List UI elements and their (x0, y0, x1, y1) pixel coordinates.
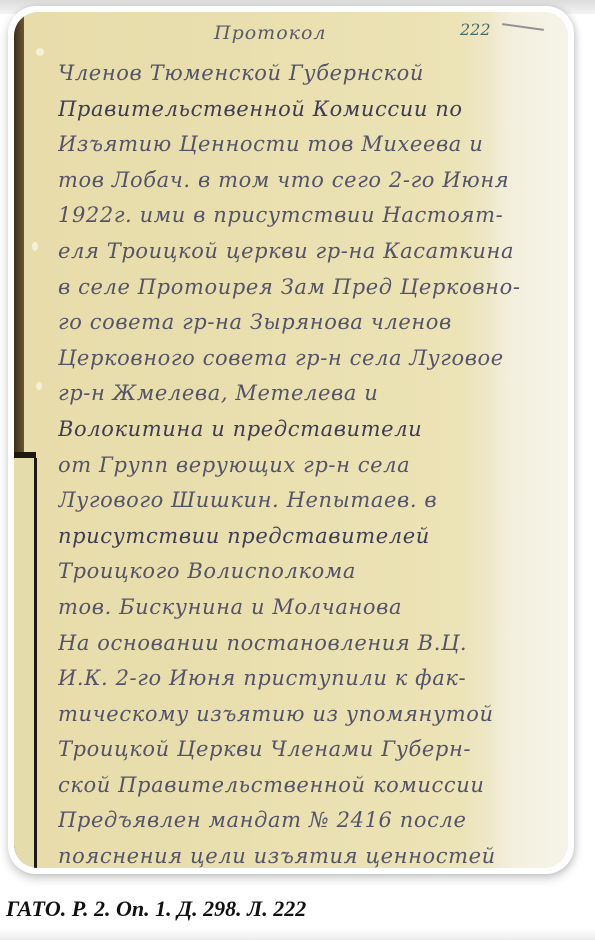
text-line: Предъявлен мандат № 2416 после (58, 803, 568, 839)
text-line: И.К. 2-го Июня приступили к фак- (58, 661, 568, 697)
handwritten-text: Членов Тюменской Губернской Правительств… (58, 56, 568, 868)
archival-scan: Протокол 222 Членов Тюменской Губернской… (14, 12, 568, 868)
text-line: 1922г. ими в присутствии Настоят- (58, 198, 568, 234)
text-line: пояснения цели изъятия ценностей (58, 839, 568, 868)
paper-spot (36, 382, 42, 390)
folio-number: 222 (460, 20, 491, 39)
bottom-shadow (0, 928, 595, 940)
text-line: тическому изъятию из упомянутой (58, 697, 568, 733)
text-line: Изъятию Ценности тов Михеева и (58, 127, 568, 163)
text-line: гр-н Жмелева, Метелева и (58, 376, 568, 412)
document-title: Протокол (214, 22, 327, 44)
text-line: Троицкого Волисполкома (58, 554, 568, 590)
paper-spot (32, 242, 38, 251)
text-line: На основании постановления В.Ц. (58, 626, 568, 662)
text-line: еля Троицкой церкви гр-на Касаткина (58, 234, 568, 270)
text-line: Церковного совета гр-н села Луговое (58, 341, 568, 377)
binding-strip (14, 458, 37, 868)
paper-spot (36, 48, 44, 56)
archive-citation: ГАТО. Р. 2. Оп. 1. Д. 298. Л. 222 (6, 896, 306, 922)
text-line: го совета гр-на Зырянова членов (58, 305, 568, 341)
text-line: Правительственной Комиссии по (58, 92, 568, 128)
text-line: Лугового Шишкин. Непытаев. в (58, 483, 568, 519)
text-line: присутствии представителей (58, 519, 568, 555)
text-line: Троицкой Церкви Членами Губерн- (58, 732, 568, 768)
text-line: тов. Бискунина и Молчанова (58, 590, 568, 626)
text-line: Членов Тюменской Губернской (58, 56, 568, 92)
text-line: в селе Протоирея Зам Пред Церковно- (58, 270, 568, 306)
text-line: Волокитина и представители (58, 412, 568, 448)
text-line: от Групп верующих гр-н села (58, 448, 568, 484)
text-line: ской Правительственной комиссии (58, 768, 568, 804)
text-line: тов Лобач. в том что сего 2-го Июня (58, 163, 568, 199)
